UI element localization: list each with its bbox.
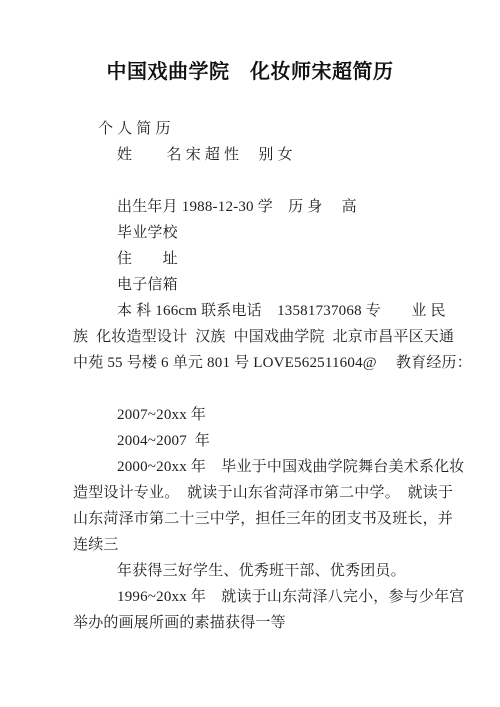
blank-line [73,376,460,402]
resume-line: 2004~2007 年 [73,428,460,454]
resume-line: 本 科 166cm 联系电话 13581737068 专 业 民 [73,298,460,324]
resume-line: 连续三 [73,532,460,558]
document-page: 中国戏曲学院 化妆师宋超简历 个 人 简 历姓 名 宋 超 性 别 女 出生年月… [0,0,500,707]
document-body: 个 人 简 历姓 名 宋 超 性 别 女 出生年月 1988-12-30 学 历… [73,116,460,636]
resume-line: 出生年月 1988-12-30 学 历 身 高 [73,194,460,220]
resume-line: 住 址 [73,246,460,272]
resume-line: 族 化妆造型设计 汉族 中国戏曲学院 北京市昌平区天通 [73,324,460,350]
resume-line: 年获得三好学生、优秀班干部、优秀团员。 [73,558,460,584]
resume-line: 1996~20xx 年 就读于山东菏泽八完小，参与少年宫 [73,584,460,610]
resume-line: 2000~20xx 年 毕业于中国戏曲学院舞台美术系化妆 [73,454,460,480]
resume-line: 2007~20xx 年 [73,402,460,428]
resume-line: 中苑 55 号楼 6 单元 801 号 LOVE562511604@ 教育经历： [73,350,460,376]
blank-line [73,168,460,194]
resume-line: 山东菏泽市第二十三中学，担任三年的团支书及班长，并 [73,506,460,532]
document-title: 中国戏曲学院 化妆师宋超简历 [0,58,500,86]
resume-line: 毕业学校 [73,220,460,246]
resume-line: 个 人 简 历 [73,116,460,142]
resume-line: 举办的画展所画的素描获得一等 [73,610,460,636]
resume-line: 姓 名 宋 超 性 别 女 [73,142,460,168]
resume-line: 电子信箱 [73,272,460,298]
resume-line: 造型设计专业。 就读于山东省菏泽市第二中学。 就读于 [73,480,460,506]
